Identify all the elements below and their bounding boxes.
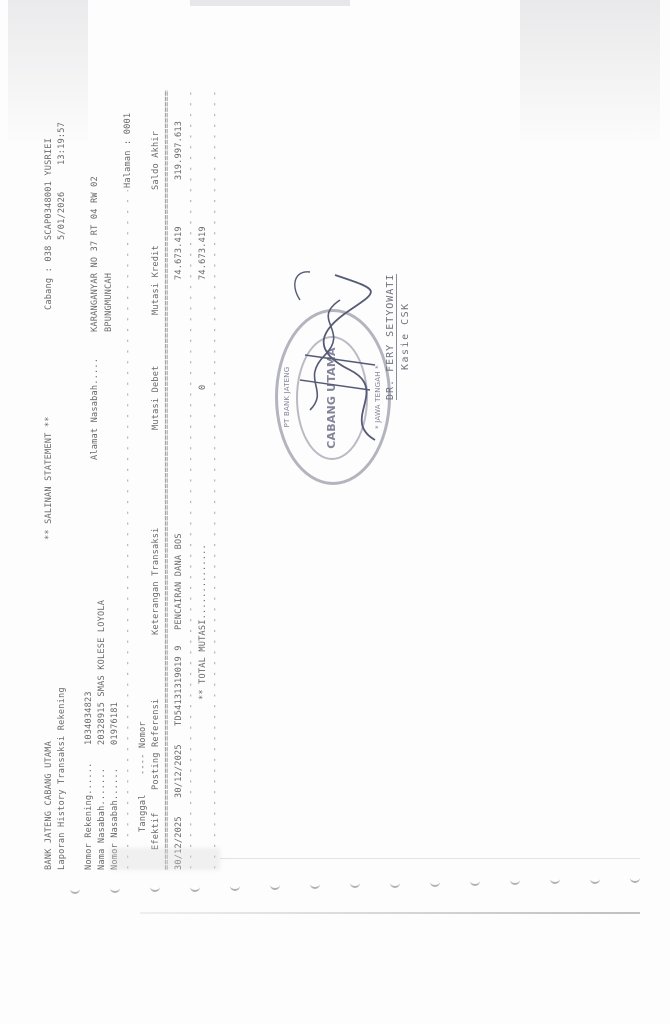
header-tanggal: Tanggal: [138, 794, 150, 832]
statement-title: ** SALINAN STATEMENT **: [44, 416, 56, 540]
address-label: Alamat Nasabah.....: [90, 358, 102, 460]
branch-info: Cabang : 038 SCAP0348001 YUSRIEI: [44, 138, 56, 310]
scan-artifact: [110, 848, 220, 870]
account-name: 20328915 SMAS KOLESE LOYOLA: [97, 600, 109, 745]
col-saldo: Saldo Akhir: [151, 131, 163, 190]
perforation-hole: [70, 886, 80, 894]
perforation-hole: [430, 879, 440, 887]
signer-name: DR. FERY SETYOWATI: [385, 274, 397, 400]
total-kredit: 74.673.419: [198, 226, 210, 280]
scan-artifact: [220, 858, 640, 859]
signer-title: Kasie CSK: [400, 302, 412, 370]
txn-saldo: 319.997.613: [174, 121, 186, 180]
double-separator: ========================================…: [162, 90, 174, 870]
account-number-label: Nomor Rekening......: [84, 763, 96, 870]
perforation-hole: [230, 883, 240, 891]
account-number: 1034034823: [84, 691, 96, 745]
bank-statement-document: BANK JATENG CABANG UTAMA Laporan History…: [40, 90, 640, 870]
separator: - - - - - - - - - - - - - - - - - - - - …: [210, 90, 222, 870]
paper-edge: [140, 912, 640, 914]
signer-name-block: DR. FERY SETYOWATI: [385, 274, 397, 400]
txn-posting: 30/12/2025: [174, 744, 186, 798]
header-nomor: ---- Nomor: [138, 721, 150, 775]
print-date: 5/01/2026: [57, 192, 69, 240]
perforation-hole: [590, 876, 600, 884]
col-posting-referensi: Posting Referensi: [151, 699, 163, 790]
perforation-holes: [50, 872, 640, 902]
perforation-hole: [470, 878, 480, 886]
perforation-hole: [190, 884, 200, 892]
report-title: Laporan History Transaksi Rekening: [57, 687, 69, 870]
perforation-hole: [390, 880, 400, 888]
print-time: 13:19:57: [57, 122, 69, 165]
total-mutasi-label: ** TOTAL MUTASI..............: [198, 544, 210, 700]
perforation-hole: [550, 876, 560, 884]
account-name-label: Nama Nasabah.......: [97, 768, 109, 870]
perforation-hole: [630, 875, 640, 883]
perforation-hole: [350, 880, 360, 888]
col-kredit: Mutasi Kredit: [151, 245, 163, 315]
total-debet: 0: [198, 385, 210, 390]
page-number: Halaman : 0001: [123, 113, 135, 188]
perforation-hole: [150, 884, 160, 892]
col-debet: Mutasi Debet: [151, 366, 163, 431]
col-efektif: Efektif: [151, 812, 163, 850]
txn-kredit: 74.673.419: [174, 226, 186, 280]
col-keterangan: Keterangan Transaksi: [151, 528, 163, 635]
separator: - - - - - - - - - - - - - - - - - - - - …: [123, 190, 135, 870]
bank-name: BANK JATENG CABANG UTAMA: [44, 741, 56, 870]
scan-artifact: [190, 0, 350, 6]
separator: - - - - - - - - - - - - - - - - - - - - …: [186, 90, 198, 870]
perforation-hole: [110, 885, 120, 893]
perforation-hole: [310, 881, 320, 889]
address-city: BPUNGMUNCAH: [104, 273, 116, 332]
customer-number: 01976181: [110, 702, 122, 745]
perforation-hole: [510, 877, 520, 885]
txn-keterangan: PENCAIRAN DANA BOS: [174, 533, 186, 630]
perforation-hole: [270, 882, 280, 890]
address-value: KARANGANYAR NO 37 RT 04 RW 02: [90, 176, 102, 332]
signature-icon: [280, 260, 400, 450]
txn-referensi: TD54131319019 9: [174, 645, 186, 726]
